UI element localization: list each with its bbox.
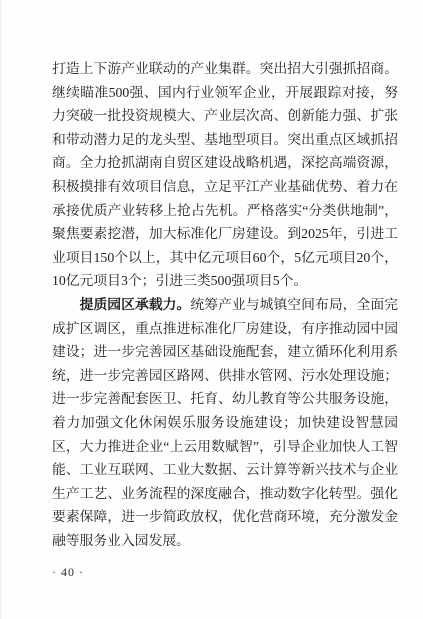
paragraph-park-capacity-text: 统筹产业与城镇空间布局，全面完成扩区调区，重点推进标准化厂房建设，有序推动园中园… (52, 297, 398, 548)
paragraph-park-capacity: 提质园区承载力。统筹产业与城镇空间布局，全面完成扩区调区，重点推进标准化厂房建设… (52, 293, 398, 553)
paragraph-continuation-text: 打造上下游产业联动的产业集群。突出招大引强抓招商。继续瞄准500强、国内行业领军… (52, 61, 398, 288)
body-text: 打造上下游产业联动的产业集群。突出招大引强抓招商。继续瞄准500强、国内行业领军… (52, 57, 398, 552)
paragraph-park-capacity-lead: 提质园区承载力。 (80, 297, 191, 312)
paragraph-continuation: 打造上下游产业联动的产业集群。突出招大引强抓招商。继续瞄准500强、国内行业领军… (52, 57, 398, 293)
page-number: · 40 · (52, 565, 398, 579)
document-page: 打造上下游产业联动的产业集群。突出招大引强抓招商。继续瞄准500强、国内行业领军… (0, 0, 423, 619)
